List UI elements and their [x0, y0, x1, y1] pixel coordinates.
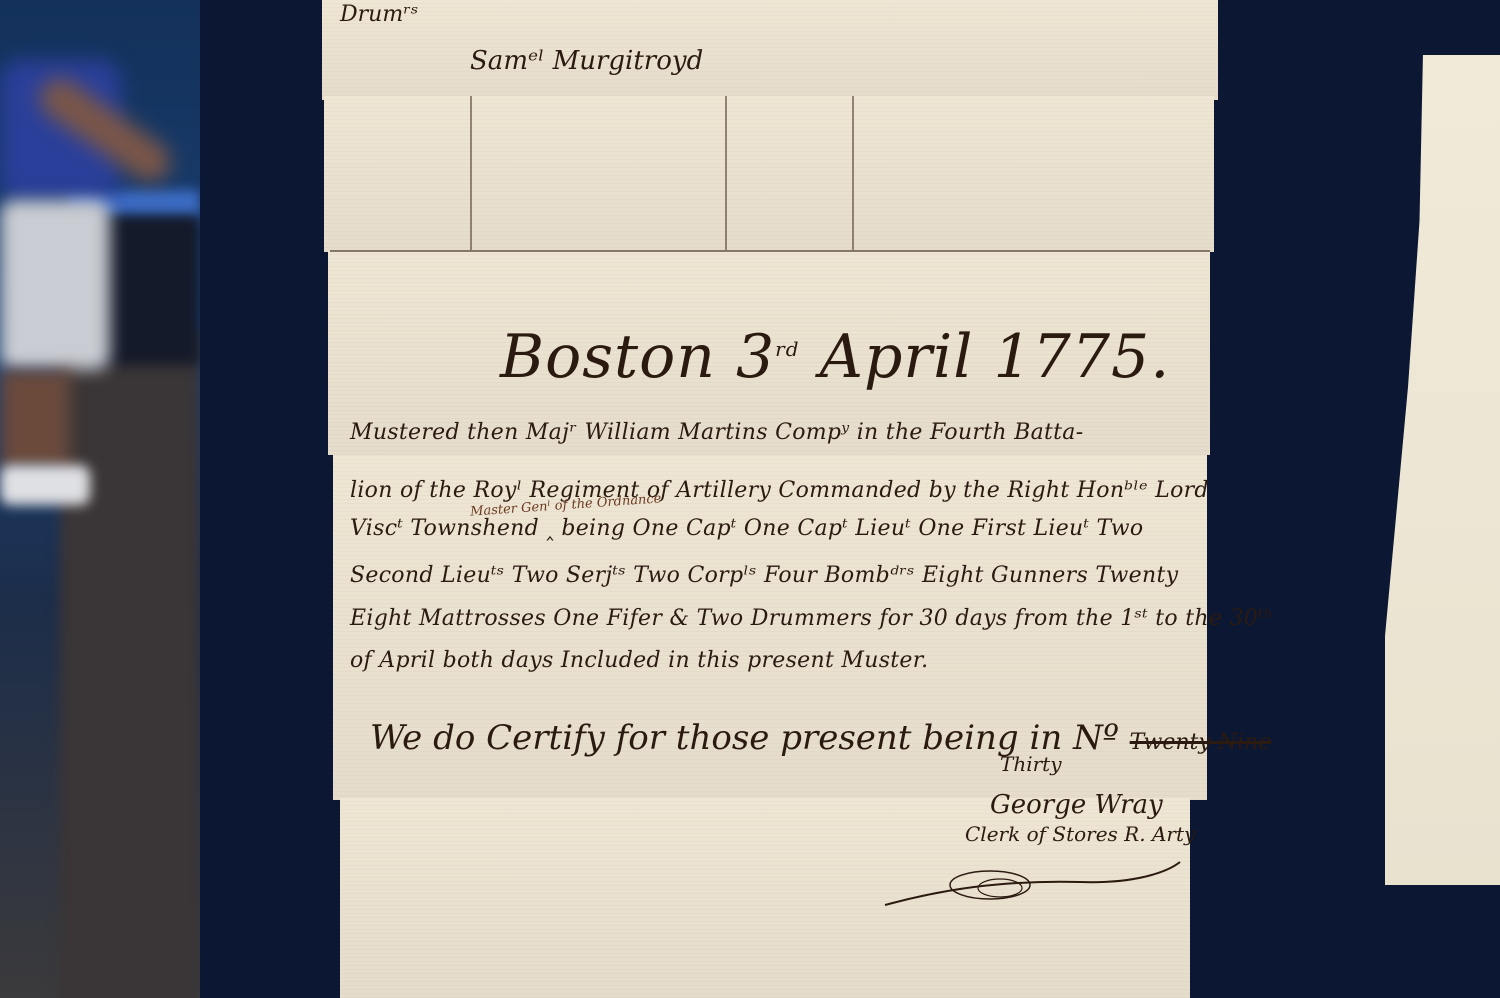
signature-flourish-icon — [880, 860, 1190, 910]
heading-year: 1775. — [994, 322, 1171, 392]
heading-day: 3 — [736, 322, 775, 392]
struck-amount: Twenty Nine — [1130, 730, 1272, 755]
body-line: of April both days Included in this pres… — [350, 648, 928, 673]
heading-day-suffix: rd — [775, 337, 799, 361]
document-heading: Boston 3rd April 1775. — [500, 322, 1170, 392]
document-panel-grid — [324, 96, 1214, 252]
grid-rule-horizontal — [330, 250, 1210, 252]
corrected-amount: Thirty — [1000, 752, 1062, 776]
background-person-shoe — [0, 465, 90, 505]
grid-rule — [725, 96, 727, 252]
roster-row-label: Drumʳˢ — [340, 2, 418, 27]
body-line: Mustered then Majʳ William Martins Compʸ… — [350, 420, 1083, 445]
grid-rule — [852, 96, 854, 252]
background-person-legs — [0, 370, 70, 470]
heading-place: Boston — [500, 322, 716, 392]
document-panel-roster — [322, 0, 1218, 100]
body-line: Second Lieuᵗˢ Two Serjᵗˢ Two Corpˡˢ Four… — [350, 563, 1178, 588]
signature-name: George Wray — [990, 790, 1163, 820]
floor — [60, 330, 200, 998]
roster-name: Samᵉˡ Murgitroyd — [470, 46, 703, 76]
certification-line: We do Certify for those present being in… — [370, 718, 1271, 758]
body-line: lion of the Royˡ Regiment of Artillery C… — [350, 478, 1209, 503]
body-line: Eight Mattrosses One Fifer & Two Drummer… — [350, 606, 1274, 631]
heading-month: April — [820, 322, 974, 392]
background-person-shorts — [0, 200, 110, 370]
blurred-background — [0, 0, 200, 998]
signature-title: Clerk of Stores R. Arty — [965, 822, 1195, 846]
body-line: Viscᵗ Townshend ‸ being One Capᵗ One Cap… — [350, 516, 1143, 541]
grid-rule — [470, 96, 472, 252]
